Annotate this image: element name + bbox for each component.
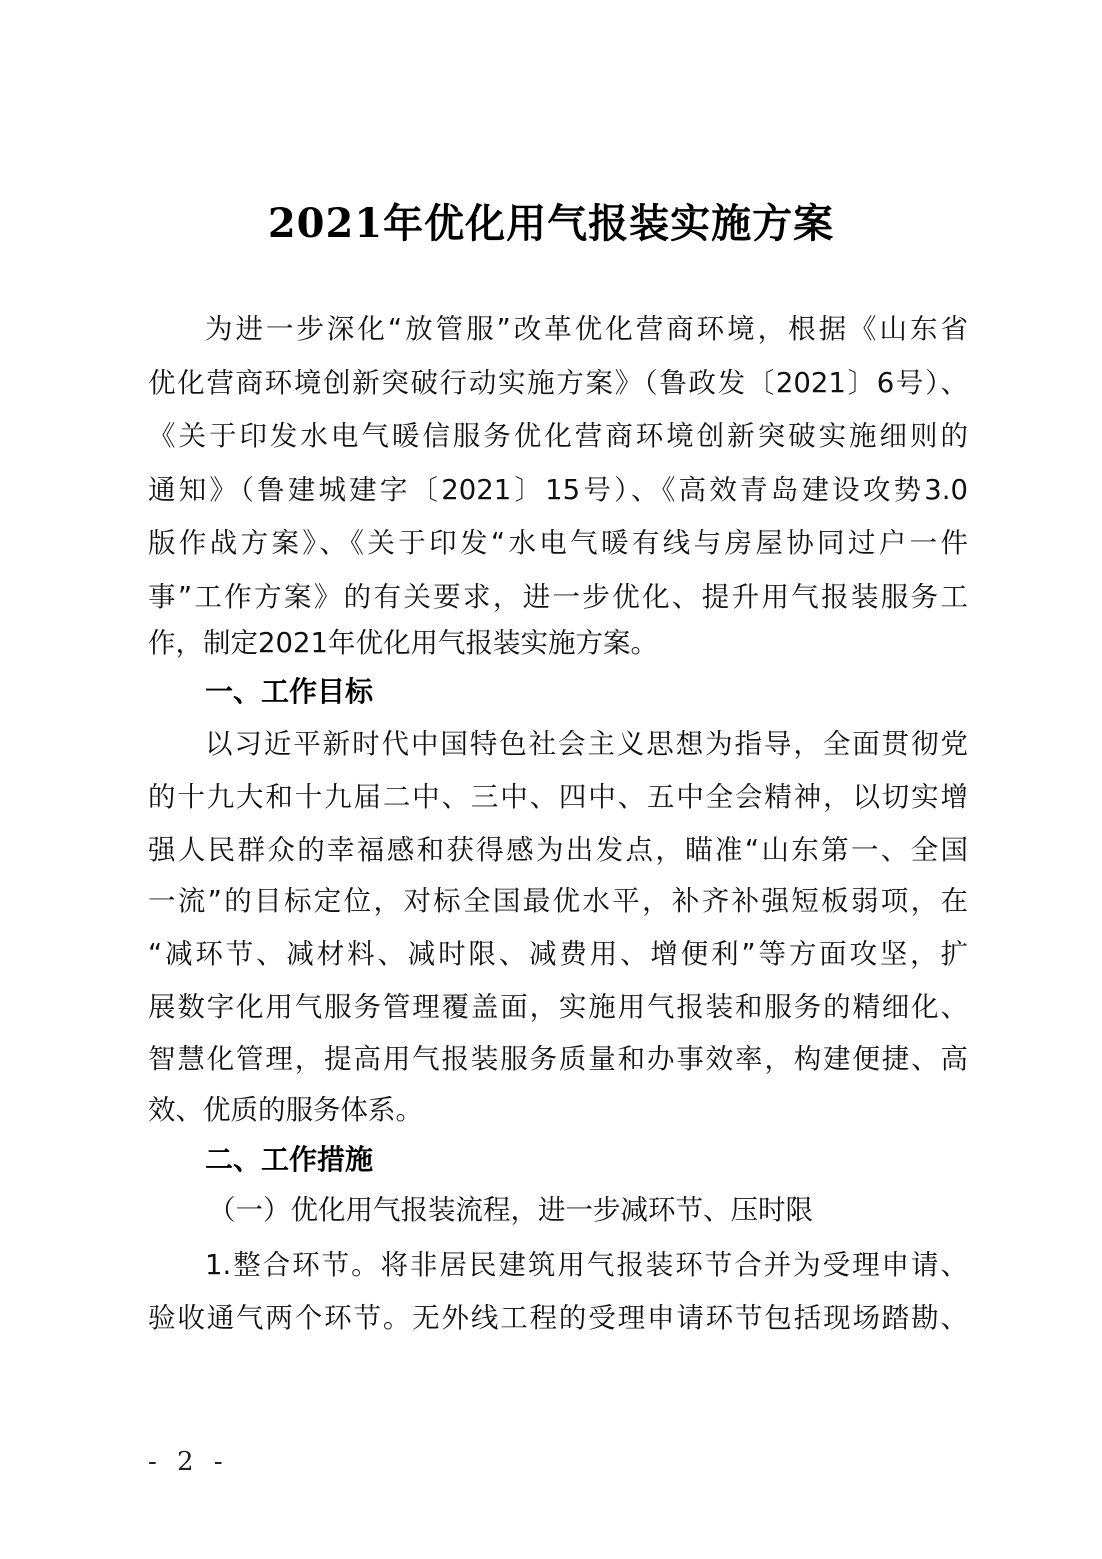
measures-line-1: 1.整合环节。将非居民建筑用气报装环节合并为受理申请、 bbox=[205, 1245, 968, 1285]
intro-line-5: 版作战方案》、《关于印发“水电气暖有线与房屋协同过户一件 bbox=[148, 523, 968, 563]
intro-line-1: 为进一步深化“放管服”改革优化营商环境，根据《山东省 bbox=[205, 309, 968, 349]
document-title: 2021年优化用气报装实施方案 bbox=[0, 196, 1102, 252]
goals-line-2: 的十九大和十九届二中、三中、四中、五中全会精神，以切实增 bbox=[148, 777, 968, 817]
intro-line-6: 事”工作方案》的有关要求，进一步优化、提升用气报装服务工 bbox=[148, 577, 968, 617]
goals-line-1: 以习近平新时代中国特色社会主义思想为指导，全面贯彻党 bbox=[205, 724, 968, 764]
section-heading-goals: 一、工作目标 bbox=[205, 672, 373, 712]
subsection-heading-1: （一）优化用气报装流程，进一步减环节、压时限 bbox=[208, 1190, 858, 1230]
goals-line-8: 效、优质的服务体系。 bbox=[148, 1090, 968, 1130]
goals-line-3: 强人民群众的幸福感和获得感为出发点，瞄准“山东第一、全国 bbox=[148, 830, 968, 870]
goals-line-6: 展数字化用气服务管理覆盖面，实施用气报装和服务的精细化、 bbox=[148, 987, 968, 1027]
intro-line-3: 《关于印发水电气暖信服务优化营商环境创新突破实施细则的 bbox=[148, 416, 968, 456]
measures-line-2: 验收通气两个环节。无外线工程的受理申请环节包括现场踏勘、 bbox=[148, 1298, 968, 1338]
intro-line-2: 优化营商环境创新突破行动实施方案》（鲁政发〔2021〕6号）、 bbox=[148, 363, 968, 403]
intro-line-7: 作，制定2021年优化用气报装实施方案。 bbox=[148, 623, 968, 663]
intro-line-4: 通知》（鲁建城建字〔2021〕15号）、《高效青岛建设攻势3.0 bbox=[148, 470, 968, 510]
page-number: - 2 - bbox=[148, 1444, 229, 1480]
goals-line-4: 一流”的目标定位，对标全国最优水平，补齐补强短板弱项，在 bbox=[148, 881, 968, 921]
section-heading-measures: 二、工作措施 bbox=[205, 1140, 373, 1180]
document-page: 2021年优化用气报装实施方案 为进一步深化“放管服”改革优化营商环境，根据《山… bbox=[0, 0, 1102, 1559]
goals-line-5: “减环节、减材料、减时限、减费用、增便利”等方面攻坚，扩 bbox=[148, 934, 968, 974]
goals-line-7: 智慧化管理，提高用气报装服务质量和办事效率，构建便捷、高 bbox=[148, 1039, 968, 1079]
